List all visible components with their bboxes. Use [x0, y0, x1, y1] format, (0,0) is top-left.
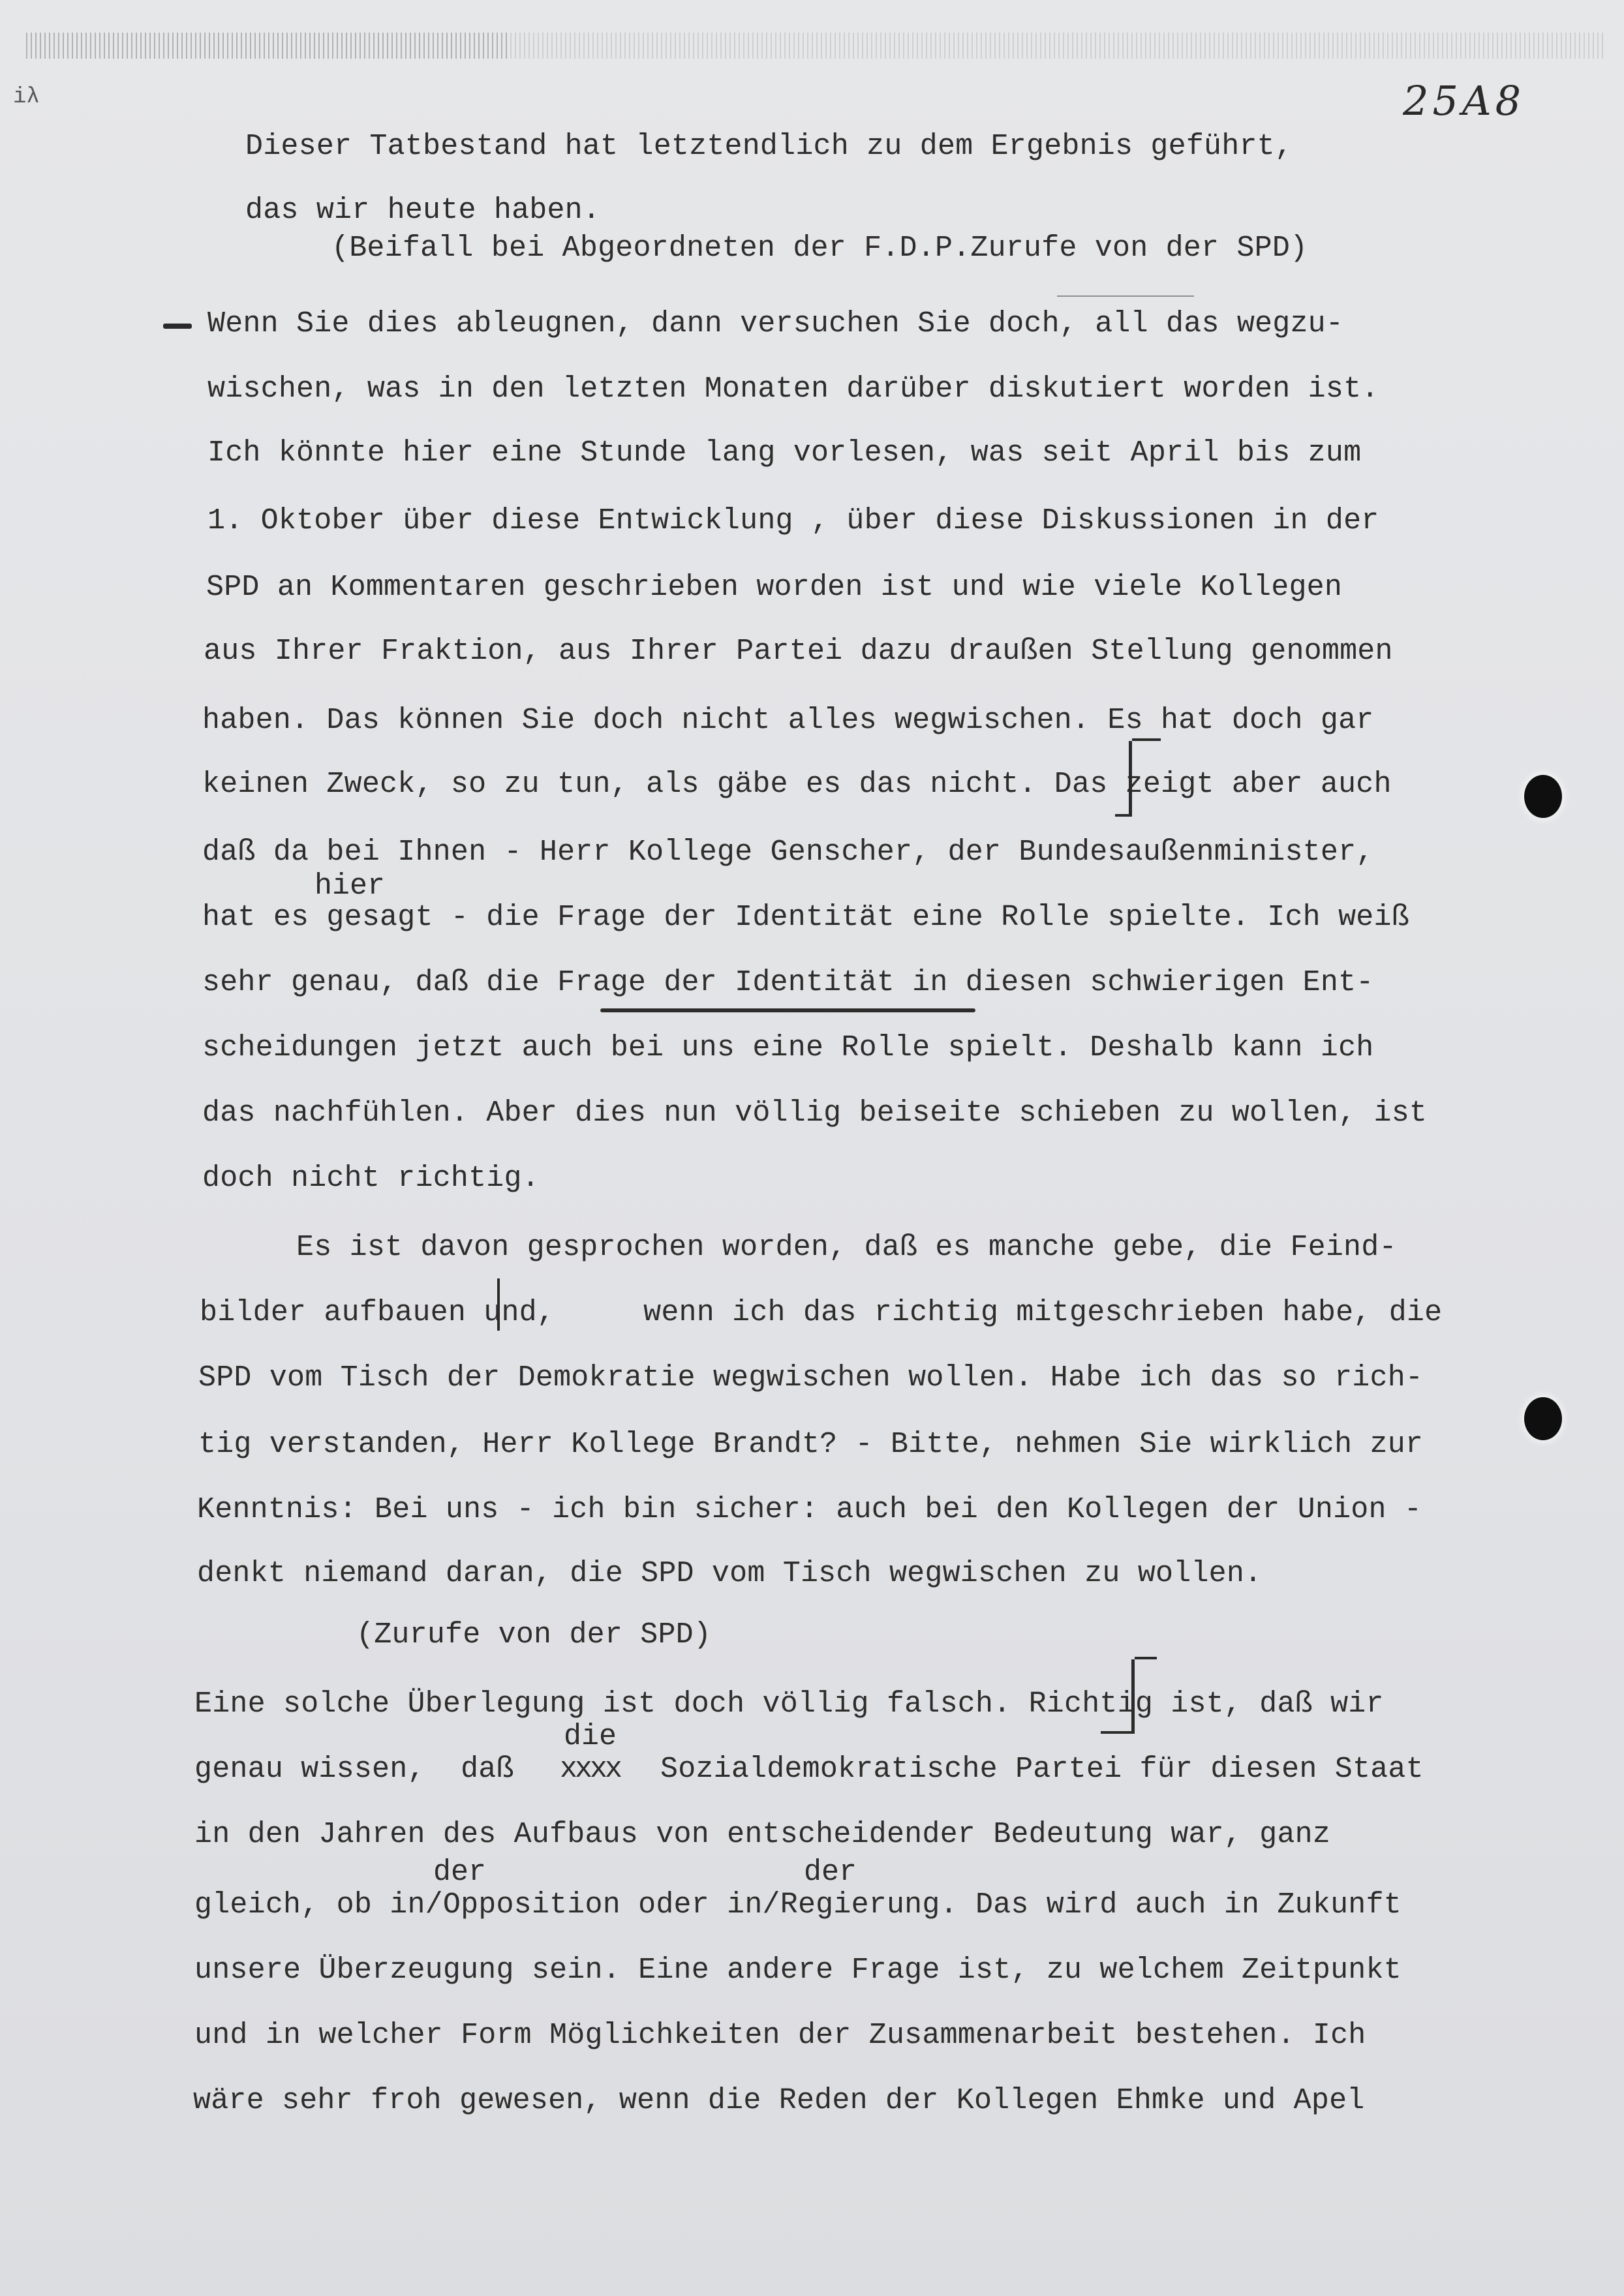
handwritten-insert: hier	[314, 871, 385, 901]
text-line: haben. Das können Sie doch nicht alles w…	[202, 706, 1374, 735]
text-line: daß da bei Ihnen - Herr Kollege Genscher…	[202, 838, 1374, 867]
text-line: das nachfühlen. Aber dies nun völlig bei…	[202, 1098, 1427, 1128]
scanned-page: iλ 25A8 Dieser Tatbestand hat letztendli…	[0, 0, 1624, 2296]
text-line: Kenntnis: Bei uns - ich bin sicher: auch…	[197, 1495, 1422, 1524]
margin-mark: iλ	[13, 85, 40, 110]
text-line: das wir heute haben.	[245, 196, 600, 225]
text-line: Wenn Sie dies ableugnen, dann versuchen …	[207, 309, 1343, 339]
text-line: Es ist davon gesprochen worden, daß es m…	[296, 1233, 1397, 1262]
stage-direction: (Zurufe von der SPD)	[356, 1620, 711, 1650]
text-line: und in welcher Form Möglichkeiten der Zu…	[194, 2021, 1366, 2050]
text-line: unsere Überzeugung sein. Eine andere Fra…	[194, 1956, 1402, 1985]
text-line: wäre sehr froh gewesen, wenn die Reden d…	[193, 2086, 1365, 2115]
text-line: in den Jahren des Aufbaus von entscheide…	[194, 1820, 1330, 1849]
text-line: keinen Zweck, so zu tun, als gäbe es das…	[202, 770, 1392, 799]
text-line: bilder aufbauen und, wenn ich das richti…	[200, 1298, 1442, 1327]
handwritten-insert: der	[433, 1858, 486, 1887]
text-line: Dieser Tatbestand hat letztendlich zu de…	[245, 132, 1293, 161]
text-line: denkt niemand daran, die SPD vom Tisch w…	[197, 1559, 1262, 1588]
scan-noise-dark	[26, 33, 509, 59]
stage-direction: (Beifall bei Abgeordneten der F.D.P.Zuru…	[331, 234, 1308, 263]
margin-dash-mark	[163, 324, 192, 329]
text-line: sehr genau, daß die Frage der Identität …	[202, 968, 1374, 997]
struck-out-word: xxxx	[560, 1755, 620, 1784]
handwritten-insert: der	[804, 1858, 857, 1887]
text-line: aus Ihrer Fraktion, aus Ihrer Partei daz…	[204, 637, 1393, 666]
handwritten-underline	[600, 1008, 975, 1012]
text-line: Eine solche Überlegung ist doch völlig f…	[194, 1689, 1384, 1719]
punch-hole	[1524, 775, 1562, 818]
text-line: doch nicht richtig.	[202, 1164, 540, 1193]
text-line: 1. Oktober über diese Entwicklung , über…	[207, 506, 1379, 536]
text-line: genau wissen, daß	[194, 1755, 514, 1784]
text-line: tig verstanden, Herr Kollege Brandt? - B…	[198, 1430, 1423, 1459]
text-line: gleich, ob in/Opposition oder in/Regieru…	[194, 1890, 1402, 1920]
edit-bracket	[1129, 741, 1132, 814]
faint-rule	[1057, 295, 1194, 297]
text-line: Sozialdemokratische Partei für diesen St…	[660, 1755, 1424, 1784]
handwritten-page-number: 25A8	[1403, 77, 1525, 125]
text-line: hat es gesagt - die Frage der Identität …	[202, 903, 1409, 932]
text-line: SPD vom Tisch der Demokratie wegwischen …	[198, 1363, 1423, 1393]
punch-hole	[1524, 1397, 1562, 1440]
text-line: Ich könnte hier eine Stunde lang vorlese…	[207, 438, 1361, 468]
text-line: scheidungen jetzt auch bei uns eine Roll…	[202, 1033, 1374, 1063]
handwritten-insert: die	[564, 1722, 617, 1751]
text-line: wischen, was in den letzten Monaten darü…	[207, 374, 1379, 404]
text-line: SPD an Kommentaren geschrieben worden is…	[206, 573, 1342, 602]
